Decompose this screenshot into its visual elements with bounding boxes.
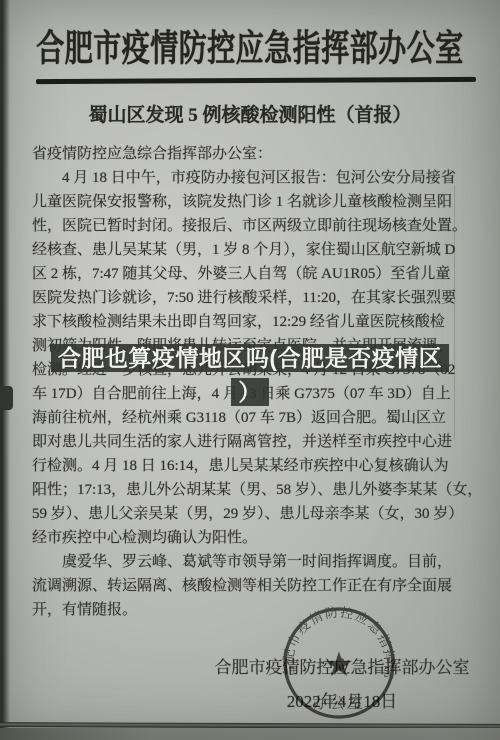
stamp-office-text: 办公室 (312, 695, 366, 712)
letterhead-title: 合肥市疫情防控应急指挥部办公室 (0, 20, 500, 72)
salutation: 省疫情防控应急综合指挥部办公室： (32, 142, 482, 166)
body-line: 医院发热门诊就诊，7:50 进行核酸采样，11:20，在其家长强烈要 (32, 286, 482, 310)
body-line: 4 月 18 日中午，市疫防办接包河区报告：包河公安分局接省 (32, 166, 482, 190)
body-line: 虞爱华、罗云峰、葛斌等市领导第一时间指挥调度。目前， (32, 550, 482, 574)
body-line: 经核查、患儿吴某某（男，1 岁 8 个月），家住蜀山区航空新城 D (32, 238, 482, 262)
paper-crease (454, 185, 455, 440)
official-stamp: 合肥市疫情防控应急指挥部 ★ 办公室 (280, 604, 398, 722)
body-line: 59 岁）、患儿父亲吴某（男，29 岁）、患儿母亲李某（女，30 岁） (32, 502, 482, 526)
body-line: 儿童医院保安报警称，该院发热门诊 1 名就诊儿童核酸检测呈阳 (32, 190, 482, 214)
body-line: 开，有情随报。 (32, 598, 482, 622)
body-line: 即对患儿共同生活的家人进行隔离管控，并送样至市疾控中心进 (32, 430, 482, 454)
caption-line2: ） (231, 378, 269, 406)
photo-edge-patch (0, 386, 13, 410)
body-line: 流调溯源、转运隔离、核酸检测等相关防控工作正在有序全面展 (32, 574, 482, 598)
caption-line1: 合肥也算疫情地区吗(合肥是否疫情区 (51, 344, 449, 372)
body-line: 经市疾控中心检测均确认为阳性。 (32, 526, 482, 550)
body-line: 性，医院已暂时封闭。接报后、市区两级立即前往现场核查处置。 (32, 214, 482, 238)
photo-bottom-band (0, 728, 500, 740)
body-line: 阳性；17:13，患儿外公胡某某（男、58 岁）、患儿外婆李某某（女， (32, 478, 482, 502)
stamp-star-icon: ★ (324, 647, 354, 684)
document-headline: 蜀山区发现 5 例核酸检测阳性（首报） (0, 100, 500, 127)
photo-left-edge (0, 0, 10, 740)
body-line: 求下核酸检测结果未出即自驾回家，12:29 经省儿童医院核酸检 (32, 310, 482, 334)
body-line: 区 2 栋，7:47 随其父母、外婆三人自驾（皖 AU1R05）至省儿童 (32, 262, 482, 286)
body-line: 行检测。4 月 18 日 16:14，患儿吴某某经市疾控中心复核确认为 (32, 454, 482, 478)
caption-overlay: 合肥也算疫情地区吗(合肥是否疫情区 ） (0, 343, 500, 411)
document-photo: 合肥市疫情防控应急指挥部办公室 蜀山区发现 5 例核酸检测阳性（首报） 省疫情防… (0, 0, 500, 740)
